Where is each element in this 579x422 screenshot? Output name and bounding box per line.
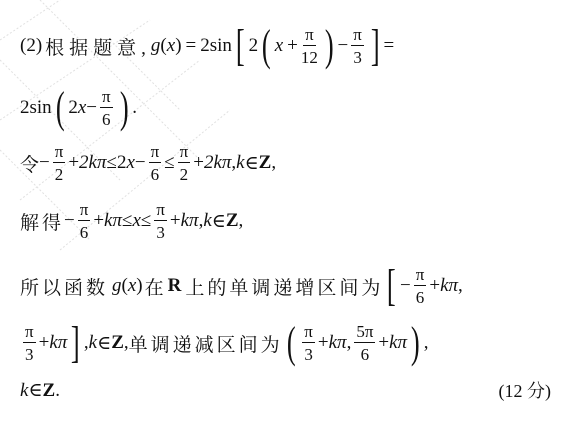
equation-line-5: 所以函数 g(x) 在 R 上的单调递增区间为 [ − π6 +kπ,	[20, 264, 463, 308]
text-gen: 根据题意,	[45, 33, 151, 60]
equation-line-7: k∈Z.	[20, 379, 60, 402]
fraction-pi-6: π6	[100, 88, 113, 128]
fraction-pi-12: π12	[301, 26, 318, 66]
equation-line-2: 2sin ( 2x − π6 ).	[20, 86, 137, 130]
score-label: (12 分)	[499, 377, 552, 403]
fraction-pi-3: π3	[351, 26, 364, 66]
equation-line-3: 令 − π2 +2kπ ≤2x − π6 ≤ π2 +2kπ, k∈Z,	[20, 143, 276, 183]
equation-line-1: (2) 根据题意, g(x) = 2sin [ 2 ( x + π12 ) − …	[20, 24, 394, 68]
equation-line-4: 解得 − π6 +kπ ≤x≤ π3 +kπ, k∈Z,	[20, 201, 243, 241]
equation-line-6: π3 +kπ ], k∈Z, 单调递减区间为 ( π3 +kπ, 5π6 +kπ…	[20, 321, 428, 365]
part-label: (2)	[20, 35, 42, 57]
